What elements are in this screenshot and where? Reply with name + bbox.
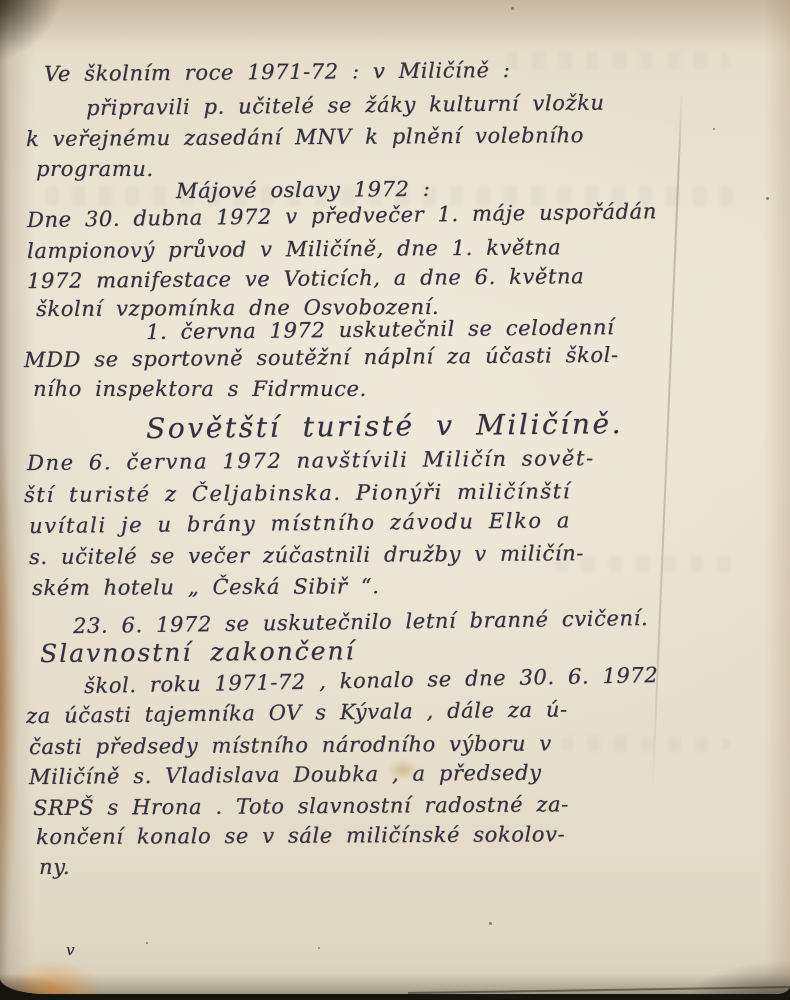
handwritten-line: ští turisté z Čeljabinska. Pionýři milič… bbox=[24, 481, 571, 506]
handwritten-line: připravili p. učitelé se žáky kulturní v… bbox=[86, 93, 605, 119]
margin-check-mark: v bbox=[66, 943, 75, 958]
ink-blot bbox=[388, 760, 418, 780]
handwritten-line: 1972 manifestace ve Voticích, a dne 6. k… bbox=[27, 266, 584, 292]
handwritten-line: ny. bbox=[39, 857, 70, 878]
paper-speck bbox=[511, 7, 514, 10]
paper-speck bbox=[713, 128, 715, 130]
handwritten-line: MDD se sportovně soutěžní náplní za účas… bbox=[24, 345, 619, 371]
handwritten-line: ském hotelu „ Česká Sibiř “. bbox=[32, 576, 380, 599]
showthrough-smudge bbox=[560, 736, 730, 752]
paper-speck bbox=[489, 922, 492, 925]
handwritten-line: končení konalo se v sále miličínské soko… bbox=[36, 824, 565, 848]
handwritten-line: lampionový průvod v Miličíně, dne 1. kvě… bbox=[27, 237, 561, 262]
handwritten-line: s. učitelé se večer zúčastnili družby v … bbox=[29, 543, 584, 568]
paper-speck bbox=[766, 197, 769, 200]
section-heading-majove-oslavy: Májové oslavy 1972 : bbox=[176, 179, 431, 202]
handwritten-line: ního inspektora s Fidrmuce. bbox=[33, 379, 367, 400]
chronicle-photo: Ve školním roce 1971-72 : v Miličíně : p… bbox=[0, 0, 790, 1000]
handwritten-line: uvítali je u brány místního závodu Elko … bbox=[29, 510, 571, 537]
handwritten-line: Miličíně s. Vladislava Doubka , a předse… bbox=[29, 763, 542, 788]
handwritten-line: SRPŠ s Hrona . Toto slavnostní radostné … bbox=[33, 794, 569, 819]
paper-speck bbox=[146, 942, 148, 944]
handwritten-line: programu. bbox=[36, 159, 154, 180]
handwritten-line: časti předsedy místního národního výboru… bbox=[29, 733, 552, 758]
handwritten-line: školní vzpomínka dne Osvobození. bbox=[36, 297, 439, 320]
handwritten-line: Dne 6. června 1972 navštívili Miličín so… bbox=[27, 448, 595, 474]
paper-speck bbox=[318, 947, 320, 949]
section-heading-sovetsti-turiste: Sovětští turisté v Miličíně. bbox=[146, 410, 623, 443]
handwritten-line: Ve školním roce 1971-72 : v Miličíně : bbox=[44, 60, 511, 85]
handwritten-line: 1. června 1972 uskutečnil se celodenní bbox=[146, 317, 615, 343]
handwritten-line: k veřejnému zasedání MNV k plnění volebn… bbox=[26, 125, 584, 150]
section-heading-slavnostni-zakonceni: Slavnostní zakončení bbox=[40, 638, 356, 666]
showthrough-smudge bbox=[505, 52, 730, 70]
